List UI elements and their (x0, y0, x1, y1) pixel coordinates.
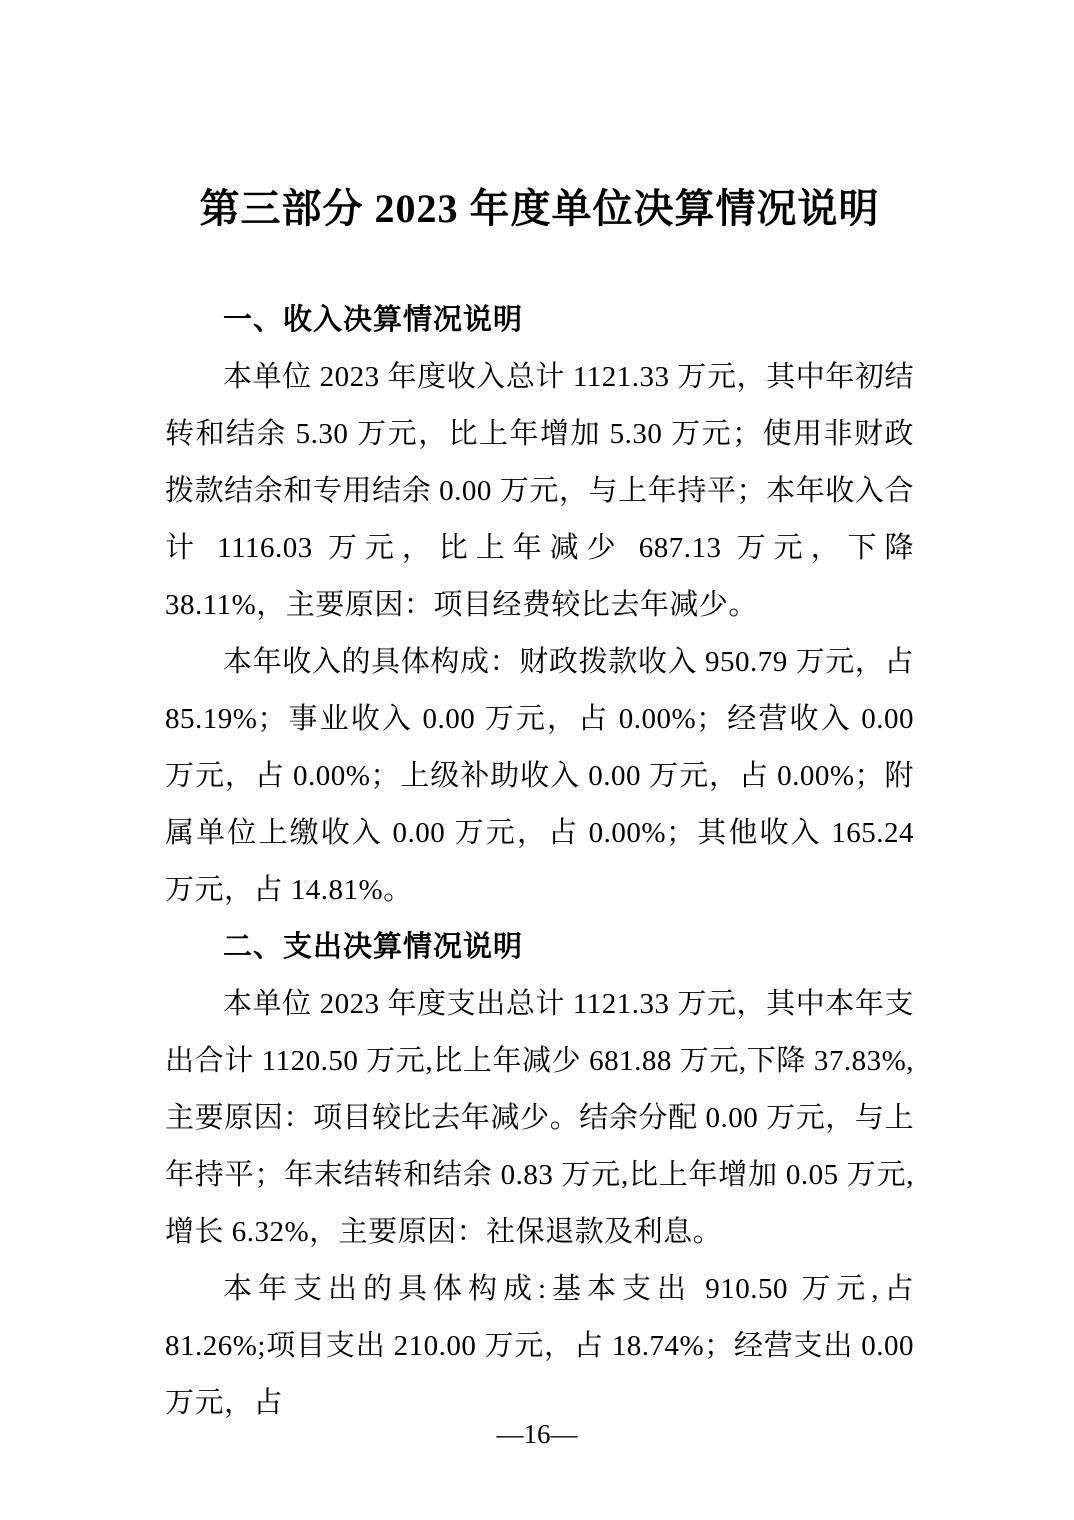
section-expenditure-statement: 二、支出决算情况说明 本单位 2023 年度支出总计 1121.33 万元，其中… (165, 919, 914, 1432)
section-heading-income: 一、收入决算情况说明 (165, 292, 914, 349)
income-paragraph-totals: 本单位 2023 年度收入总计 1121.33 万元，其中年初结转和结余 5.3… (165, 349, 914, 634)
section-heading-expenditure: 二、支出决算情况说明 (165, 919, 914, 976)
section-income-statement: 一、收入决算情况说明 本单位 2023 年度收入总计 1121.33 万元，其中… (165, 292, 914, 919)
page-number: —16— (497, 1419, 578, 1449)
expenditure-paragraph-totals: 本单位 2023 年度支出总计 1121.33 万元，其中本年支出合计 1120… (165, 976, 914, 1261)
expenditure-paragraph-composition: 本年支出的具体构成:基本支出 910.50 万元,占 81.26%;项目支出 2… (165, 1261, 914, 1432)
page-title: 第三部分 2023 年度单位决算情况说明 (165, 186, 914, 232)
document-page: 第三部分 2023 年度单位决算情况说明 一、收入决算情况说明 本单位 2023… (0, 0, 1074, 1520)
page-footer: —16— (0, 1421, 1074, 1448)
income-paragraph-composition: 本年收入的具体构成：财政拨款收入 950.79 万元，占 85.19%；事业收入… (165, 634, 914, 919)
